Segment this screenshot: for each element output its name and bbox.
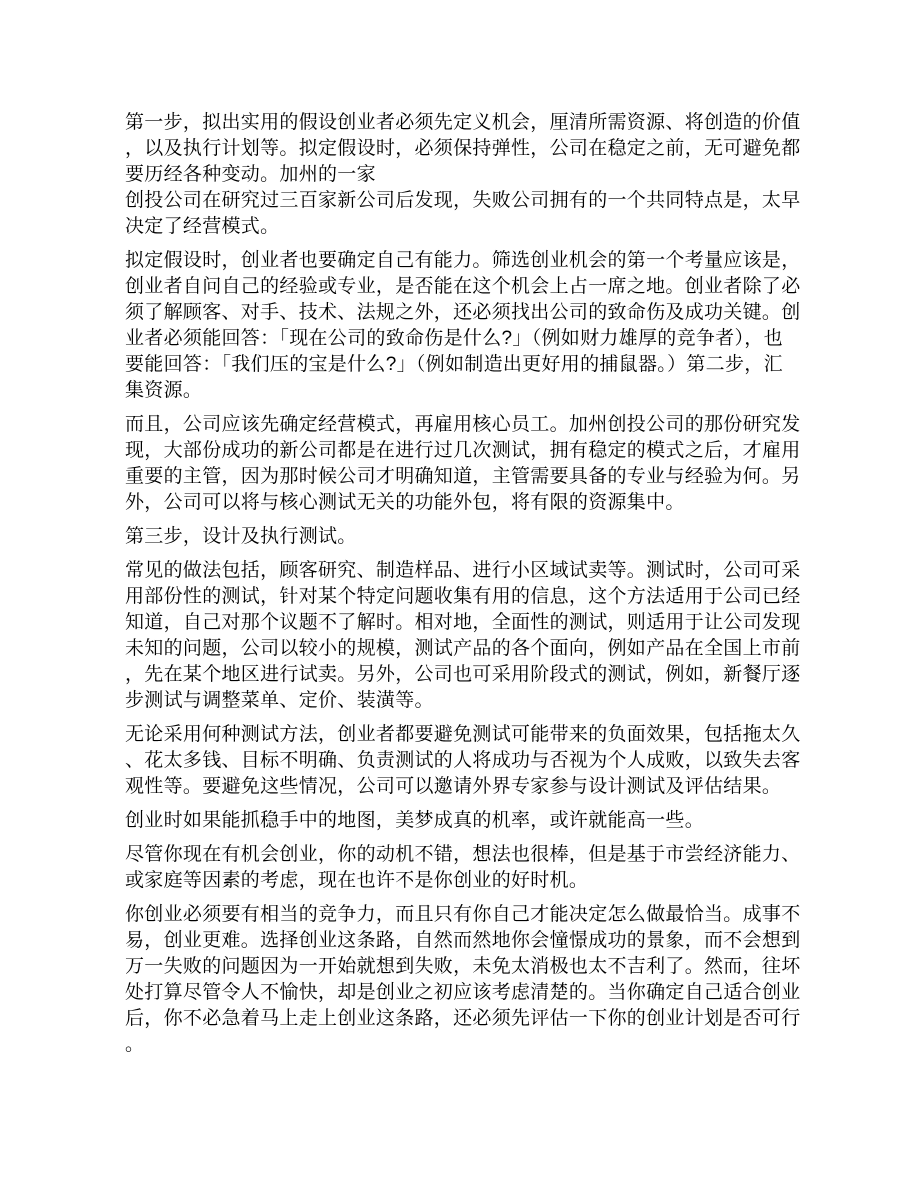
- paragraph: 无论采用何种测试方法，创业者都要避免测试可能带来的负面效果，包括拖太久、花太多钱…: [125, 722, 815, 800]
- text-line: 决定了经营模式。: [125, 214, 815, 240]
- text-line: 万一失败的问题因为一开始就想到失败，未免太消极也太不吉利了。然而，往坏: [125, 954, 815, 980]
- text-line: 重要的主管，因为那时候公司才明确知道，主管需要具备的专业与经验为何。另: [125, 464, 815, 490]
- text-line: 易，创业更难。选择创业这条路，自然而然地你会憧憬成功的景象，而不会想到: [125, 928, 815, 954]
- text-line: 要历经各种变动。加州的一家: [125, 162, 815, 188]
- text-line: 知道，自己对那个议题不了解时。相对地，全面性的测试，则适用于让公司发现: [125, 610, 815, 636]
- text-line: 拟定假设时，创业者也要确定自己有能力。筛选创业机会的第一个考量应该是，: [125, 248, 815, 274]
- text-line: ，以及执行计划等。拟定假设时，必须保持弹性，公司在稳定之前，无可避免都: [125, 136, 815, 162]
- text-line: 外，公司可以将与核心测试无关的功能外包，将有限的资源集中。: [125, 490, 815, 516]
- document-page: 第一步，拟出实用的假设创业者必须先定义机会，厘清所需资源、将创造的价值，以及执行…: [0, 0, 920, 1192]
- text-line: 尽管你现在有机会创业，你的动机不错，想法也很棒，但是基于市尝经济能力、: [125, 842, 815, 868]
- text-line: 现，大部份成功的新公司都是在进行过几次测试，拥有稳定的模式之后，才雇用: [125, 438, 815, 464]
- text-line: 创投公司在研究过三百家新公司后发现，失败公司拥有的一个共同特点是，太早: [125, 188, 815, 214]
- text-line: 用部份性的测试，针对某个特定问题收集有用的信息，这个方法适用于公司已经: [125, 584, 815, 610]
- document-body: 第一步，拟出实用的假设创业者必须先定义机会，厘清所需资源、将创造的价值，以及执行…: [125, 110, 815, 1066]
- text-line: 观性等。要避免这些情况，公司可以邀请外界专家参与设计测试及评估结果。: [125, 774, 815, 800]
- text-line: 你创业必须要有相当的竞争力，而且只有你自己才能决定怎么做最恰当。成事不: [125, 902, 815, 928]
- paragraph: 尽管你现在有机会创业，你的动机不错，想法也很棒，但是基于市尝经济能力、或家庭等因…: [125, 842, 815, 894]
- text-line: ，先在某个地区进行试卖。另外，公司也可采用阶段式的测试，例如，新餐厅逐: [125, 662, 815, 688]
- text-line: 创业者自问自己的经验或专业，是否能在这个机会上占一席之地。创业者除了必: [125, 274, 815, 300]
- text-line: 业者必须能回答：「现在公司的致命伤是什么?」（例如财力雄厚的竞争者），也: [125, 326, 815, 352]
- text-line: 处打算尽管令人不愉快，却是创业之初应该考虑清楚的。当你确定自己适合创业: [125, 980, 815, 1006]
- text-line: 常见的做法包括，顾客研究、制造样品、进行小区域试卖等。测试时，公司可采: [125, 558, 815, 584]
- paragraph: 拟定假设时，创业者也要确定自己有能力。筛选创业机会的第一个考量应该是，创业者自问…: [125, 248, 815, 404]
- paragraph: 常见的做法包括，顾客研究、制造样品、进行小区域试卖等。测试时，公司可采用部份性的…: [125, 558, 815, 714]
- text-line: 第一步，拟出实用的假设创业者必须先定义机会，厘清所需资源、将创造的价值: [125, 110, 815, 136]
- text-line: 或家庭等因素的考虑，现在也许不是你创业的好时机。: [125, 868, 815, 894]
- text-line: 而且，公司应该先确定经营模式，再雇用核心员工。加州创投公司的那份研究发: [125, 412, 815, 438]
- text-line: 。: [125, 1032, 815, 1058]
- paragraph: 而且，公司应该先确定经营模式，再雇用核心员工。加州创投公司的那份研究发现，大部份…: [125, 412, 815, 516]
- text-line: 创业时如果能抓稳手中的地图，美梦成真的机率，或许就能高一些。: [125, 808, 815, 834]
- paragraph: 创业时如果能抓稳手中的地图，美梦成真的机率，或许就能高一些。: [125, 808, 815, 834]
- text-line: 未知的问题，公司以较小的规模，测试产品的各个面向，例如产品在全国上市前: [125, 636, 815, 662]
- text-line: 须了解顾客、对手、技术、法规之外，还必须找出公司的致命伤及成功关键。创: [125, 300, 815, 326]
- text-line: 无论采用何种测试方法，创业者都要避免测试可能带来的负面效果，包括拖太久: [125, 722, 815, 748]
- paragraph: 第一步，拟出实用的假设创业者必须先定义机会，厘清所需资源、将创造的价值，以及执行…: [125, 110, 815, 240]
- paragraph: 你创业必须要有相当的竞争力，而且只有你自己才能决定怎么做最恰当。成事不易，创业更…: [125, 902, 815, 1058]
- text-line: 第三步，设计及执行测试。: [125, 524, 815, 550]
- text-line: 步测试与调整菜单、定价、装潢等。: [125, 688, 815, 714]
- text-line: 要能回答：「我们压的宝是什么?」（例如制造出更好用的捕鼠器。）第二步，汇: [125, 352, 815, 378]
- paragraph: 第三步，设计及执行测试。: [125, 524, 815, 550]
- text-line: 集资源。: [125, 378, 815, 404]
- text-line: 后，你不必急着马上走上创业这条路，还必须先评估一下你的创业计划是否可行: [125, 1006, 815, 1032]
- text-line: 、花太多钱、目标不明确、负责测试的人将成功与否视为个人成败，以致失去客: [125, 748, 815, 774]
